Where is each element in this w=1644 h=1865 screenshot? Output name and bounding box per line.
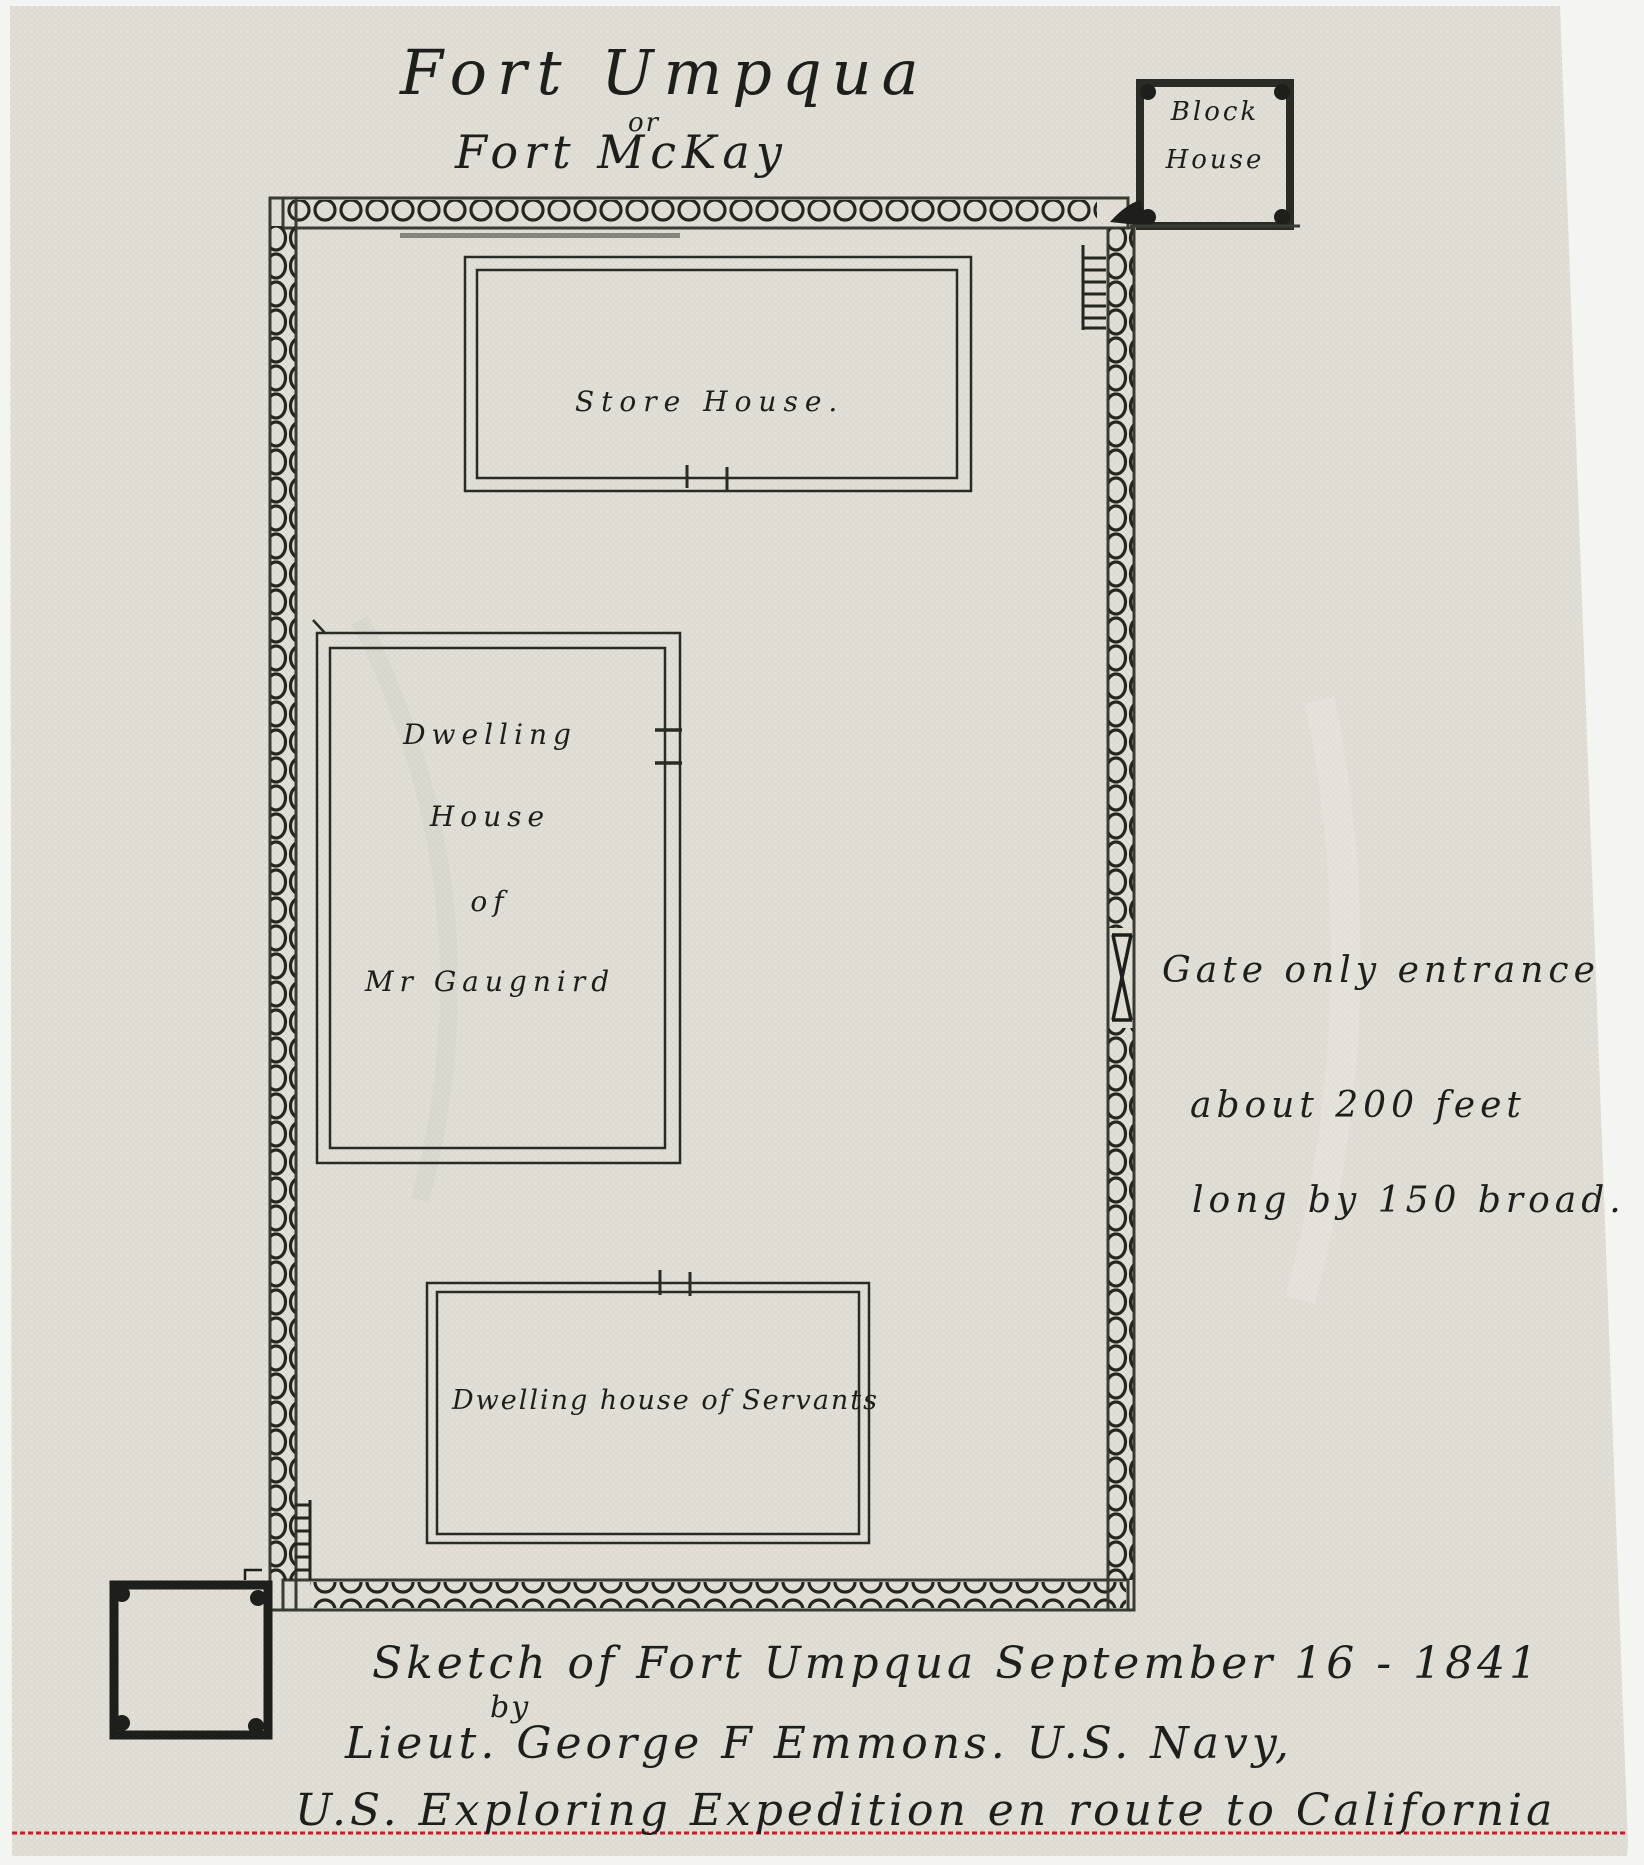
dwelling-house-main-line1: Dwelling <box>340 718 640 751</box>
block-house-label-line1: Block <box>1150 88 1280 136</box>
dwelling-house-servants-label: Dwelling house of Servants <box>452 1385 879 1416</box>
block-house-label: Block House <box>1150 88 1280 184</box>
document-title: Fort Umpqua <box>400 36 929 109</box>
store-house-label: Store House. <box>575 385 844 418</box>
dwelling-house-main-line4: Mr Gaugnird <box>340 965 640 998</box>
caption-line4: U.S. Exploring Expedition en route to Ca… <box>295 1785 1556 1836</box>
block-house-label-line2: House <box>1150 136 1280 184</box>
dwelling-house-main-line2: House <box>340 800 640 833</box>
manuscript-sheet: Fort Umpqua or Fort McKay Block House St… <box>0 0 1644 1865</box>
caption-line3: Lieut. George F Emmons. U.S. Navy, <box>345 1718 1293 1769</box>
size-note-line1: about 200 feet <box>1190 1085 1526 1126</box>
caption-line1: Sketch of Fort Umpqua September 16 - 184… <box>372 1638 1541 1689</box>
document-alt-title: Fort McKay <box>455 125 788 179</box>
gate-note: Gate only entrance <box>1162 950 1600 991</box>
fort-plan-drawing <box>0 0 1644 1865</box>
dwelling-house-main-line3: of <box>340 885 640 918</box>
size-note-line2: long by 150 broad. <box>1192 1180 1626 1221</box>
